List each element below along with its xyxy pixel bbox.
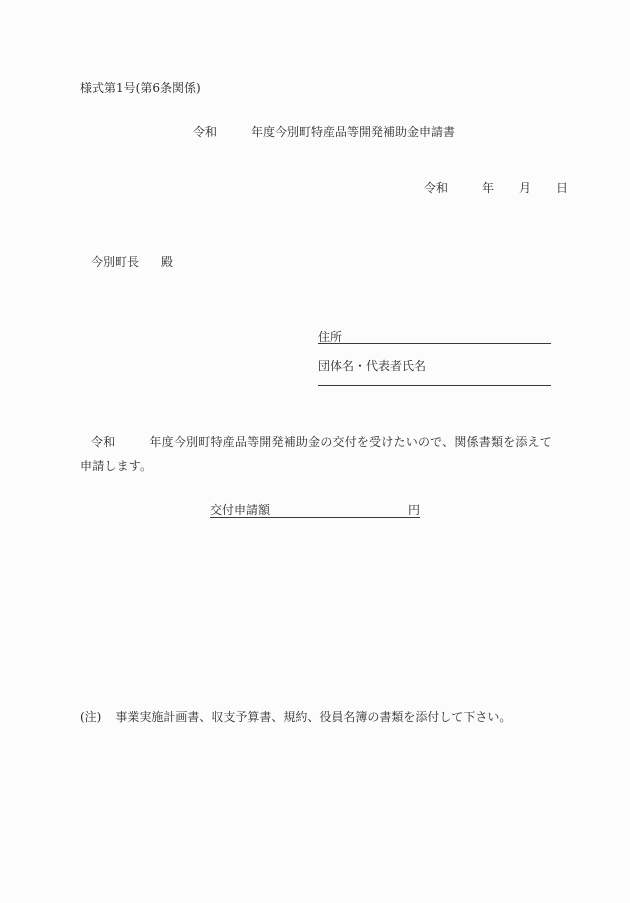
application-date: 令和年月日 <box>424 182 568 194</box>
statement-era: 令和 <box>91 435 115 449</box>
application-statement: 令和年度今別町特産品等開発補助金の交付を受けたいので、関係書類を添えて申請します… <box>80 430 552 478</box>
date-era: 令和 <box>424 182 448 194</box>
requested-amount-field[interactable]: 交付申請額 円 <box>210 503 420 518</box>
addressee-name: 今別町長 <box>91 255 139 269</box>
title-era: 令和 <box>193 125 217 139</box>
amount-unit: 円 <box>408 504 420 516</box>
date-year-label: 年 <box>482 182 494 194</box>
title-text: 年度今別町特産品等開発補助金申請書 <box>251 125 455 139</box>
address-field[interactable]: 住所 <box>318 328 551 344</box>
addressee: 今別町長殿 <box>91 256 173 268</box>
note-marker: (注) <box>80 710 101 724</box>
statement-text: 年度今別町特産品等開発補助金の交付を受けたいので、関係書類を添えて申請します。 <box>80 435 552 473</box>
form-number: 様式第1号(第6条関係) <box>80 82 201 94</box>
address-label: 住所 <box>318 331 342 343</box>
date-day-label: 日 <box>556 182 568 194</box>
addressee-honorific: 殿 <box>161 255 173 269</box>
note-text: 事業実施計画書、収支予算書、規約、役員名簿の書類を添付して下さい。 <box>115 710 511 724</box>
application-form-page: 様式第1号(第6条関係) 令和年度今別町特産品等開発補助金申請書 令和年月日 今… <box>0 0 630 903</box>
document-title: 令和年度今別町特産品等開発補助金申請書 <box>193 126 455 138</box>
date-month-label: 月 <box>519 182 531 194</box>
representative-name-field[interactable] <box>318 370 551 386</box>
amount-label: 交付申請額 <box>210 504 270 516</box>
attachment-note: (注)事業実施計画書、収支予算書、規約、役員名簿の書類を添付して下さい。 <box>80 711 511 723</box>
